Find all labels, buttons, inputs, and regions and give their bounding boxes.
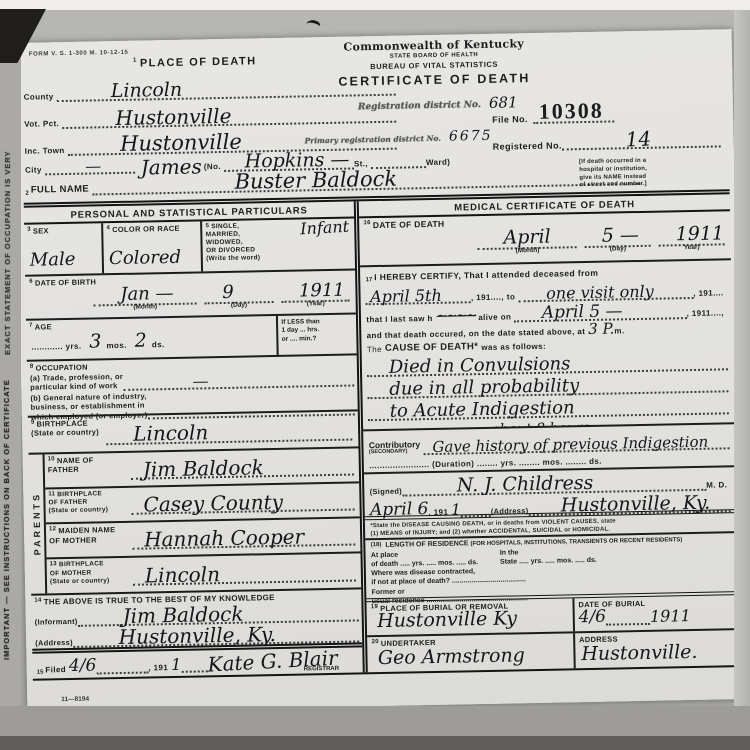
age-line: ............ yrs. 3 mos. 2 ds. — [31, 329, 271, 353]
md-label: M. D. — [706, 480, 730, 490]
burial-date-cell: DATE OF BURIAL 4/6 1911 — [574, 595, 738, 631]
contributory-heading: Contributory (SECONDARY) — [369, 440, 421, 456]
at-place-of-death: At place of death ..... yrs. ..... mos. … — [371, 549, 478, 569]
color-cell: 4COLOR OR RACE Colored — [103, 221, 203, 274]
physician-address-value: Hustonville, Ky. — [561, 493, 711, 515]
color-label: COLOR OR RACE — [112, 224, 180, 234]
in-the-state: In the State ..... yrs. ..... mos. .....… — [500, 547, 597, 567]
father-birthplace-row: 11BIRTHPLACE OF FATHER (State or country… — [45, 483, 360, 524]
informant-label: (Informant) — [35, 617, 78, 627]
field-number: 5 — [206, 223, 210, 229]
death-time-value: 3 P. — [588, 321, 614, 336]
parents-rows: 10NAME OF FATHER Jim Baldock 11BIRTHPLAC… — [45, 448, 362, 593]
certificate-header: FORM V. S. 1-300 M. 10-12-15 1PLACE OF D… — [15, 29, 735, 201]
dod-year-value: 1911 — [675, 224, 724, 244]
voting-precinct-label: Vot. Pct. — [24, 119, 62, 130]
dob-month-value: Jan — — [120, 285, 174, 304]
city-line: — — [45, 159, 135, 176]
primary-district-row: Primary registration district No. 6675 — [304, 129, 492, 146]
registered-no-label: Registered No. — [493, 140, 562, 151]
form-number: FORM V. S. 1-300 M. 10-12-15 — [29, 50, 129, 58]
parents-block: PARENTS 10NAME OF FATHER Jim Baldock 11B… — [29, 448, 362, 595]
inc-town-value: Hustonville — [120, 132, 242, 155]
mother-name-row: 12MAIDEN NAME OF MOTHER Hannah Cooper — [46, 519, 361, 560]
city-dash-mark: — — [85, 158, 101, 174]
field-number: 3 — [27, 226, 31, 232]
age-ds-label: ds. — [152, 340, 168, 350]
burial-date-dots — [606, 610, 650, 626]
undertaker-row: 20UNDERTAKER Geo Armstrong ADDRESS Husto… — [367, 630, 738, 672]
address-gap-line — [461, 502, 491, 518]
date-of-birth-row: 6DATE OF BIRTH Jan —(Month) 9(Day) 1911(… — [25, 271, 356, 320]
death-certificate: FORM V. S. 1-300 M. 10-12-15 1PLACE OF D… — [15, 29, 745, 713]
filed-date-value: 4/6 — [69, 658, 97, 676]
place-of-death-label: PLACE OF DEATH — [140, 55, 257, 69]
field-number: (18) — [371, 542, 382, 548]
city-label: City — [25, 165, 45, 175]
field-number: 8 — [30, 363, 34, 369]
scan-edge-right — [734, 0, 750, 750]
informant-row: 14THE ABOVE IS TRUE TO THE BEST OF MY KN… — [31, 589, 362, 653]
registrar-line — [181, 657, 207, 672]
signed-year-printed: , 191 — [428, 507, 451, 517]
informant-address-label: (Address) — [35, 638, 73, 648]
margin-note-mid: IMPORTANT — SEE INSTRUCTIONS ON BACK OF … — [2, 340, 11, 660]
marital-cell: 5SINGLE, MARRIED, WIDOWED, OR DIVORCED (… — [202, 218, 355, 272]
dob-day-value: 9 — [222, 283, 234, 301]
scan-edge-top — [0, 0, 750, 10]
margin-note-top: EXACT STATEMENT OF OCCUPATION IS VERY — [3, 105, 12, 355]
bottom-form-number: 11—8194 — [61, 696, 89, 704]
registrar-label: REGISTRAR — [304, 666, 339, 673]
day-caption: (Day) — [231, 301, 247, 308]
month-caption: (Month) — [133, 303, 157, 310]
dod-year-seg: 1911Year) — [658, 227, 724, 246]
medical-column: MEDICAL CERTIFICATE OF DEATH 16DATE OF D… — [359, 194, 739, 672]
signed-block: (Signed) N. J. Childress M. D. April 6 ,… — [364, 467, 735, 520]
dod-month-value: April — [503, 227, 550, 247]
physician-address-label: (Address) — [491, 506, 529, 516]
father-name-row: 10NAME OF FATHER Jim Baldock — [45, 448, 360, 489]
mother-name-value: Hannah Cooper — [144, 527, 304, 550]
field-number: 12 — [49, 526, 56, 532]
primary-district-label: Primary registration district No. — [304, 134, 441, 146]
certify-block: 17 I HEREBY CERTIFY, That I attended dec… — [360, 260, 734, 431]
date-of-death-row: 16DATE OF DEATH April(Month) 5 —(Day) 19… — [359, 211, 731, 267]
dob-year-value: 1911 — [299, 281, 345, 300]
field-number: 14 — [34, 597, 41, 603]
registration-district-label: Registration district No. — [358, 100, 481, 112]
certificate-title: CERTIFICATE OF DEATH — [305, 70, 563, 89]
sex-label: SEX — [33, 226, 49, 235]
scan-edge-bottom-light — [0, 706, 750, 736]
dod-line: April(Month) 5 —(Day) 1911Year) — [478, 227, 725, 250]
birthplace-value: Lincoln — [133, 422, 208, 443]
scan-edge-bottom-dark — [0, 736, 750, 750]
physician-signature: N. J. Childress — [457, 474, 594, 496]
residence-label: LENGTH OF RESIDENCE — [385, 540, 468, 549]
marital-value: Infant — [299, 218, 349, 237]
father-birthplace-label: BIRTHPLACE OF FATHER (State or country) — [48, 490, 108, 514]
birthplace-label: BIRTHPLACE (State or country) — [31, 418, 99, 437]
field-number: 6 — [29, 279, 33, 285]
dob-month-seg: Jan —(Month) — [93, 286, 196, 306]
dod-month-seg: April(Month) — [478, 230, 577, 250]
scan-edge-left: EXACT STATEMENT OF OCCUPATION IS VERY IM… — [0, 10, 21, 750]
attended-from-value: April 5th — [370, 287, 442, 304]
undertaker-address-cell: ADDRESS Hustonville. — [575, 630, 739, 668]
scanned-page: FORM V. S. 1-300 M. 10-12-15 1PLACE OF D… — [0, 0, 750, 750]
age-label: AGE — [35, 322, 52, 331]
field-number: 20 — [371, 639, 378, 645]
burial-date-line: 4/6 1911 — [579, 606, 734, 626]
field-number: 7 — [29, 322, 33, 328]
sex-heading: 3SEX — [27, 225, 98, 236]
occupation-row: 8OCCUPATION (a) Trade, profession, or pa… — [27, 355, 358, 417]
father-name-label: NAME OF FATHER — [48, 455, 94, 474]
field-number: 9 — [31, 419, 35, 425]
residence-block: (18) LENGTH OF RESIDENCE (FOR HOSPITALS,… — [366, 533, 738, 602]
place-of-death-title: 1PLACE OF DEATH — [133, 55, 257, 69]
color-value: Colored — [109, 249, 181, 268]
filed-label: Filed — [45, 665, 69, 675]
year-191-a: , 191...., — [471, 292, 507, 303]
mother-birthplace-label: BIRTHPLACE OF MOTHER (State or country) — [50, 561, 110, 585]
age-mos-label: mos. — [106, 340, 129, 350]
filed-row: 15 Filed 4/6 , 191 1 Kate G. Blair REGIS… — [32, 647, 363, 679]
city-value: James — [141, 156, 202, 177]
ward-label: Ward) — [426, 158, 454, 169]
certificate-body: PERSONAL AND STATISTICAL PARTICULARS 3SE… — [24, 189, 739, 680]
age-months-value: 3 — [89, 332, 101, 351]
field-number: 19 — [371, 604, 378, 610]
pen-mark — [305, 18, 322, 33]
personal-column: PERSONAL AND STATISTICAL PARTICULARS 3SE… — [24, 201, 368, 678]
burial-date-value: 4/6 — [579, 609, 607, 627]
contributory-duration-text: ....................... (Duration) .....… — [369, 456, 605, 471]
meridian-label: m. — [614, 326, 627, 336]
undertaker-value: Geo Armstrong — [378, 646, 525, 668]
filed-year-handwritten: 1 — [171, 657, 181, 673]
field-number: 16 — [363, 220, 370, 226]
to-label: to — [507, 292, 519, 302]
signed-date-value: April 6 — [370, 501, 429, 519]
pronoun-scribble: ~~~~ — [437, 309, 477, 323]
dob-line: Jan —(Month) 9(Day) 1911(Year) — [93, 283, 350, 306]
mother-name-label: MAIDEN NAME OF MOTHER — [49, 525, 115, 545]
burial-date-year: 1911 — [650, 608, 691, 625]
year-191-b: , 191.... — [693, 288, 726, 299]
field-number: 11 — [48, 491, 55, 497]
field-number: 13 — [50, 562, 57, 568]
street-no-label: (No. — [204, 162, 224, 172]
signed-year-handwritten: 1 — [451, 502, 461, 517]
age-cell: 7AGE ............ yrs. 3 mos. 2 ds. — [26, 316, 277, 360]
father-birthplace-value: Casey County — [143, 492, 283, 515]
age-less-note: If LESS than 1 day ... hrs. or .... min.… — [276, 314, 357, 355]
county-label: County — [24, 92, 57, 103]
color-heading: 4COLOR OR RACE — [106, 223, 197, 234]
field-number: 2 — [25, 191, 28, 197]
full-name-label: FULL NAME — [31, 183, 93, 196]
burial-place-value: Hustonville Ky — [377, 609, 517, 631]
mother-birthplace-row: 13BIRTHPLACE OF MOTHER (State or country… — [47, 554, 362, 593]
dob-year-seg: 1911(Year) — [281, 283, 350, 302]
field-number: 10 — [48, 456, 55, 462]
month-caption: (Month) — [515, 247, 539, 254]
mother-birthplace-value: Lincoln — [145, 564, 220, 585]
cause-pre-text: The — [367, 345, 385, 355]
occupation-label: OCCUPATION — [35, 362, 87, 372]
primary-district-value: 6675 — [449, 129, 493, 144]
year-caption: (Year) — [307, 300, 325, 307]
full-name-value: Buster Baldock — [234, 169, 397, 193]
file-no-row: File No. 10308 — [492, 98, 722, 124]
age-days-value: 2 — [135, 331, 147, 350]
hospital-note: [If death occurred in a hospital or inst… — [579, 156, 728, 190]
field-number: 1 — [133, 58, 138, 64]
undertaker-address-value: Hustonville. — [581, 643, 697, 664]
field-number: 15 — [37, 670, 44, 676]
filed-year-printed: , 191 — [148, 663, 171, 673]
birthplace-row: 9BIRTHPLACE (State or country) Lincoln — [28, 411, 359, 455]
father-name-value: Jim Baldock — [143, 457, 264, 479]
marital-label: SINGLE, MARRIED, WIDOWED, OR DIVORCED (W… — [206, 222, 261, 262]
informant-address-value: Hustonville, Ky. — [118, 624, 276, 647]
alive-on-text: alive on — [478, 312, 514, 323]
occupation-a-label: (a) Trade, profession, or particular kin… — [30, 372, 123, 393]
dod-day-value: 5 — — [602, 226, 639, 246]
registered-no-value: 14 — [625, 128, 651, 149]
informant-address-blank: Hustonville, Ky. — [73, 627, 360, 647]
year-caption: Year) — [684, 243, 700, 250]
burial-place-cell: 19PLACE OF BURIAL OR REMOVAL Hustonville… — [367, 598, 575, 635]
registered-no-line: 14 — [562, 132, 721, 150]
day-caption: (Day) — [610, 245, 626, 252]
sex-cell: 3SEX Male — [24, 223, 104, 275]
parents-label: PARENTS — [31, 492, 42, 556]
age-row: 7AGE ............ yrs. 3 mos. 2 ds. If L… — [26, 314, 357, 361]
dob-day-seg: 9(Day) — [204, 285, 273, 304]
county-value: Lincoln — [111, 81, 183, 101]
dod-day-seg: 5 —(Day) — [585, 228, 651, 247]
field-number: 4 — [106, 225, 110, 231]
sex-value: Male — [30, 251, 76, 270]
state-heading: Commonwealth of Kentucky STATE BOARD OF … — [305, 36, 564, 89]
dob-label: DATE OF BIRTH — [35, 278, 96, 288]
file-no-value: 10308 — [533, 100, 614, 123]
filed-date-line — [96, 659, 148, 675]
occupation-a-value: — — [192, 373, 208, 389]
undertaker-cell: 20UNDERTAKER Geo Armstrong — [367, 633, 575, 672]
file-no-label: File No. — [492, 114, 528, 125]
registered-no-row: Registered No. 14 — [493, 132, 721, 151]
voting-precinct-value: Hustonville — [115, 106, 231, 128]
age-yrs-label: ............ yrs. — [31, 341, 84, 352]
contributory-block: Contributory (SECONDARY) Gave history of… — [363, 424, 734, 474]
sex-color-marital-row: 3SEX Male 4COLOR OR RACE Colored 5SINGLE… — [24, 218, 355, 277]
dod-label: DATE OF DEATH — [373, 218, 445, 229]
inc-town-label: Inc. Town — [25, 146, 68, 157]
